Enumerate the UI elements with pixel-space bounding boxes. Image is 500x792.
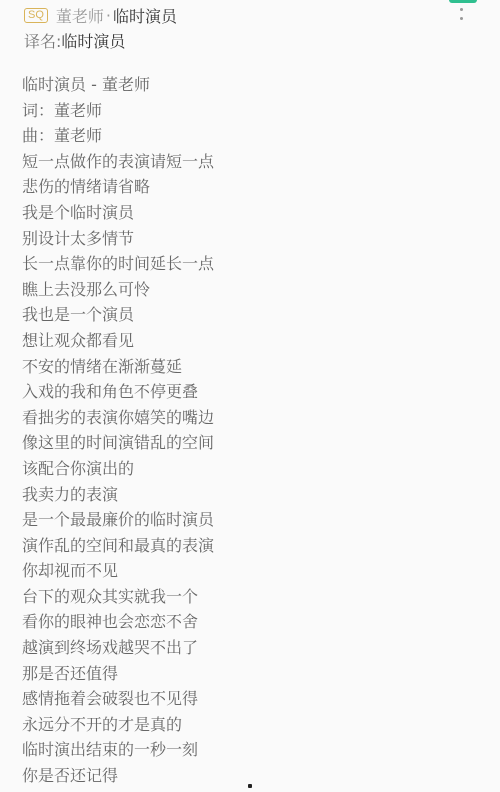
lyric-line: 临时演员 - 董老师 [22, 72, 214, 98]
lyric-line: 词：董老师 [22, 98, 214, 124]
lyric-line: 台下的观众其实就我一个 [22, 584, 214, 610]
lyric-line: 长一点靠你的时间延长一点 [22, 251, 214, 277]
lyric-line: 我卖力的表演 [22, 482, 214, 508]
lyric-line: 你却视而不见 [22, 558, 214, 584]
lyric-line: 瞧上去没那么可怜 [22, 277, 214, 303]
lyric-line: 感情拖着会破裂也不见得 [22, 686, 214, 712]
sq-quality-badge: SQ [24, 8, 48, 23]
lyric-line: 曲：董老师 [22, 123, 214, 149]
artist-name[interactable]: 董老师 [56, 4, 104, 27]
lyric-line: 入戏的我和角色不停更叠 [22, 379, 214, 405]
lyric-line: 我是个临时演员 [22, 200, 214, 226]
lyric-line: 短一点做作的表演请短一点 [22, 149, 214, 175]
lyric-line: 永远分不开的才是真的 [22, 712, 214, 738]
lyrics-list[interactable]: 临时演员 - 董老师 词：董老师 曲：董老师 短一点做作的表演请短一点 悲伤的情… [22, 72, 214, 789]
title-separator: · [106, 6, 111, 25]
lyric-line: 悲伤的情绪请省略 [22, 174, 214, 200]
lyric-line: 不安的情绪在渐渐蔓延 [22, 354, 214, 380]
lyric-line: 演作乱的空间和最真的表演 [22, 533, 214, 559]
song-title: 临时演员 [113, 4, 177, 27]
song-header: SQ 董老师 · 临时演员 译名:临时演员 [0, 0, 500, 60]
alias-value: 临时演员 [61, 32, 125, 51]
lyric-line: 像这里的时间演错乱的空间 [22, 430, 214, 456]
lyric-line: 看你的眼神也会恋恋不舍 [22, 609, 214, 635]
lyric-line: 看拙劣的表演你嬉笑的嘴边 [22, 405, 214, 431]
title-row: SQ 董老师 · 临时演员 [24, 4, 177, 26]
alias-row: 译名:临时演员 [24, 31, 125, 53]
lyric-line: 是一个最最廉价的临时演员 [22, 507, 214, 533]
lyric-line: 你是否还记得 [22, 763, 214, 789]
page-indicator-dot [248, 784, 252, 788]
lyric-line: 那是否还值得 [22, 661, 214, 687]
lyric-line: 想让观众都看见 [22, 328, 214, 354]
more-menu-button[interactable] [452, 0, 472, 26]
lyric-line: 该配合你演出的 [22, 456, 214, 482]
more-vertical-icon [460, 8, 463, 11]
lyric-line: 我也是一个演员 [22, 302, 214, 328]
lyric-line: 越演到终场戏越哭不出了 [22, 635, 214, 661]
lyric-line: 临时演出结束的一秒一刻 [22, 737, 214, 763]
more-vertical-icon-dot [460, 17, 463, 20]
alias-label: 译名: [24, 32, 61, 51]
lyric-line: 别设计太多情节 [22, 226, 214, 252]
